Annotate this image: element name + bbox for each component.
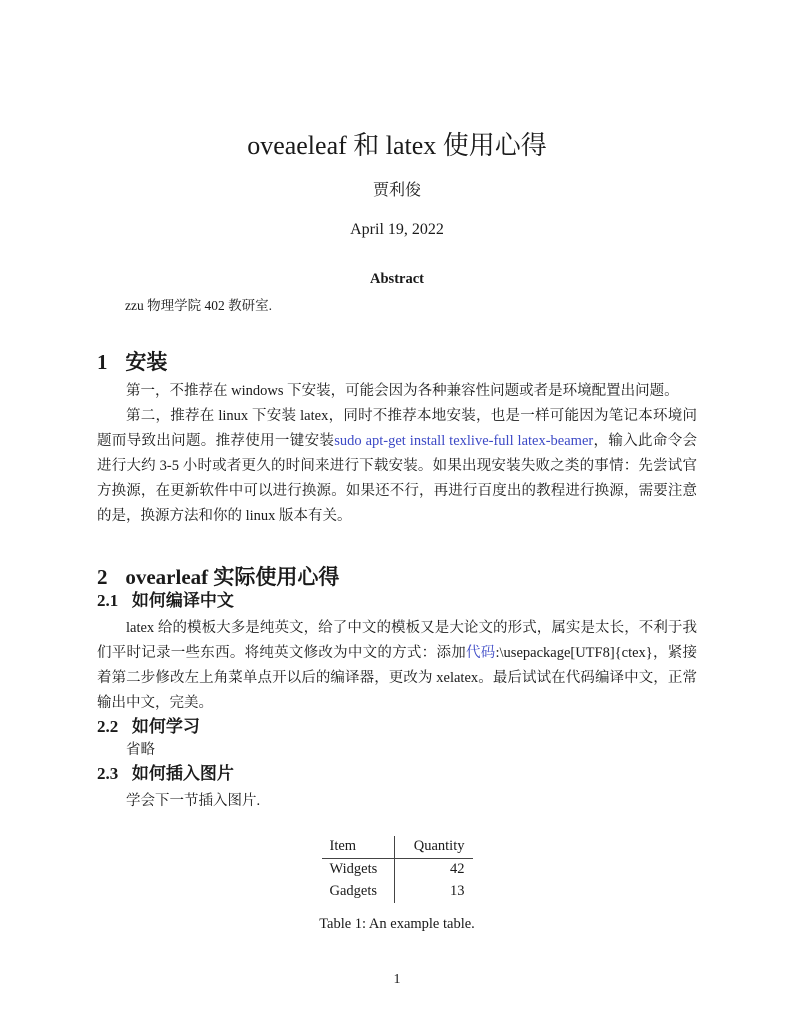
subsection-2-2-paragraph: 省略 [97, 738, 697, 763]
section-1-paragraph-1: 第一，不推荐在 windows 下安装，可能会因为各种兼容性问题或者是环境配置出… [97, 379, 697, 404]
document-date: April 19, 2022 [97, 220, 697, 240]
section-2-title: ovearleaf 实际使用心得 [125, 565, 339, 589]
document-title: oveaeleaf 和 latex 使用心得 [97, 130, 697, 163]
table-block: Item Quantity Widgets 42 Gadgets 13 Tabl… [97, 836, 697, 933]
section-1-title: 安装 [125, 350, 167, 374]
table-row: Gadgets 13 [322, 881, 473, 903]
subsection-2-1-paragraph: latex 给的模板大多是纯英文，给了中文的模板又是大论文的形式，属实是太长，不… [97, 616, 697, 716]
code-link[interactable]: 代码 [466, 645, 496, 661]
table-header-quantity: Quantity [394, 836, 473, 859]
table-cell-quantity: 42 [394, 858, 473, 881]
section-1-number: 1 [97, 350, 108, 374]
table-caption: Table 1: An example table. [97, 915, 697, 933]
subsection-2-2-heading: 2.2如何学习 [97, 716, 697, 738]
subsection-2-3-title: 如何插入图片 [132, 764, 234, 783]
subsection-2-1-number: 2.1 [97, 591, 118, 610]
table-cell-item: Gadgets [322, 881, 395, 903]
subsection-2-3-paragraph: 学会下一节插入图片. [97, 789, 697, 814]
section-1-heading: 1安装 [97, 349, 697, 375]
subsection-2-1-title: 如何编译中文 [132, 591, 234, 610]
section-1-paragraph-2: 第二，推荐在 linux 下安装 latex，同时不推荐本地安装，也是一样可能因… [97, 404, 697, 529]
abstract-text: zzu 物理学院 402 教研室. [125, 297, 669, 314]
page-number: 1 [97, 971, 697, 989]
table-row: Widgets 42 [322, 858, 473, 881]
table-cell-quantity: 13 [394, 881, 473, 903]
document-content: oveaeleaf 和 latex 使用心得 贾利俊 April 19, 202… [97, 0, 697, 989]
section-2-number: 2 [97, 565, 108, 589]
subsection-2-2-number: 2.2 [97, 717, 118, 736]
table-header-row: Item Quantity [322, 836, 473, 859]
section-2-heading: 2ovearleaf 实际使用心得 [97, 564, 697, 590]
example-table: Item Quantity Widgets 42 Gadgets 13 [322, 836, 473, 903]
abstract-heading: Abstract [97, 270, 697, 288]
install-command-link[interactable]: sudo apt-get install texlive-full latex-… [334, 433, 593, 449]
subsection-2-1-heading: 2.1如何编译中文 [97, 590, 697, 612]
subsection-2-3-heading: 2.3如何插入图片 [97, 763, 697, 785]
author-name: 贾利俊 [97, 181, 697, 201]
subsection-2-3-number: 2.3 [97, 764, 118, 783]
document-page: oveaeleaf 和 latex 使用心得 贾利俊 April 19, 202… [0, 0, 794, 1028]
table-cell-item: Widgets [322, 858, 395, 881]
table-header-item: Item [322, 836, 395, 859]
subsection-2-2-title: 如何学习 [132, 717, 200, 736]
